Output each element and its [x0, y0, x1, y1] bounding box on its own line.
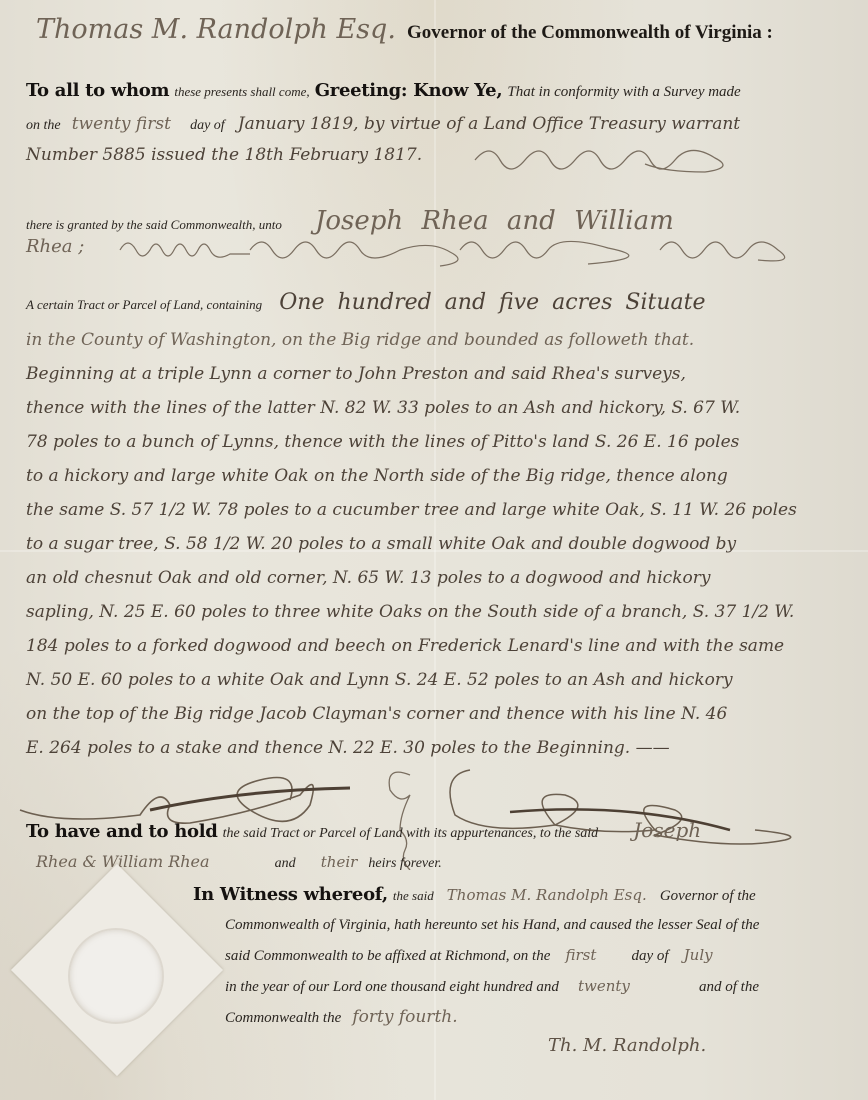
description-text: sapling, N. 25 E. 60 poles to three whit… — [26, 602, 794, 622]
label-the-said: the said — [393, 888, 434, 903]
label-and: and — [275, 856, 296, 871]
witness-month-handwritten: July — [684, 946, 713, 964]
description-line: 78 poles to a bunch of Lynns, thence wit… — [26, 432, 868, 452]
habendum-their-handwritten: their — [321, 853, 358, 871]
description-line: Beginning at a triple Lynn a corner to J… — [26, 364, 868, 384]
greeting-text: these presents shall come, — [174, 84, 309, 99]
survey-day-handwritten: twenty first — [72, 114, 171, 134]
habendum-grantee-handwritten: Joseph — [633, 818, 701, 842]
grantees-handwritten-cont: Rhea ; — [26, 236, 84, 257]
witness-line-1: In Witness whereof, the said Thomas M. R… — [193, 884, 868, 905]
habendum-line: To have and to hold the said Tract or Pa… — [26, 818, 868, 842]
survey-line: on the twenty first day of January 1819,… — [26, 114, 868, 134]
witness-line-5: Commonwealth the forty fourth. — [225, 1007, 868, 1027]
governor-name-handwritten: Thomas M. Randolph Esq. — [36, 14, 396, 45]
description-text: the same S. 57 1/2 W. 78 poles to a cucu… — [26, 500, 797, 520]
witness-line-4: in the year of our Lord one thousand eig… — [225, 976, 868, 996]
description-line: to a sugar tree, S. 58 1/2 W. 20 poles t… — [26, 534, 868, 554]
label-governor-of-the: Governor of the — [660, 888, 756, 904]
commonwealth-year-handwritten: forty fourth. — [352, 1007, 457, 1027]
lesser-seal — [68, 928, 164, 1024]
description-text: on the top of the Big ridge Jacob Clayma… — [26, 704, 727, 724]
governor-signature: Th. M. Randolph. — [548, 1035, 868, 1056]
land-grant-document: Thomas M. Randolph Esq. Governor of the … — [0, 0, 868, 1100]
conformity-text: That in conformity with a Survey made — [507, 84, 740, 100]
habendum-line-2: Rhea & William Rhea and their heirs fore… — [36, 852, 868, 872]
witness-text: Commonwealth the — [225, 1010, 341, 1026]
tract-acreage-handwritten: One hundred and five acres Situate — [279, 290, 705, 315]
label-on-the: on the — [26, 118, 61, 133]
greeting-line: To all to whom these presents shall come… — [26, 80, 868, 101]
description-line: an old chesnut Oak and old corner, N. 65… — [26, 568, 868, 588]
description-line: in the County of Washington, on the Big … — [26, 330, 868, 350]
witness-text: Commonwealth of Virginia, hath hereunto … — [225, 917, 759, 933]
witness-heading: In Witness whereof, — [193, 884, 388, 905]
habendum-grantees-handwritten: Rhea & William Rhea — [36, 852, 210, 871]
habendum-printed: the said Tract or Parcel of Land with it… — [223, 826, 599, 841]
witness-year-handwritten: twenty — [578, 977, 630, 995]
description-line: thence with the lines of the latter N. 8… — [26, 398, 868, 418]
witness-line-2: Commonwealth of Virginia, hath hereunto … — [225, 914, 868, 934]
description-text: to a hickory and large white Oak on the … — [26, 466, 728, 486]
description-line: to a hickory and large white Oak on the … — [26, 466, 868, 486]
description-text: 78 poles to a bunch of Lynns, thence wit… — [26, 432, 739, 452]
signature-text: Th. M. Randolph. — [548, 1035, 706, 1056]
description-line: N. 50 E. 60 poles to a white Oak and Lyn… — [26, 670, 868, 690]
greeting-know-ye: Greeting: Know Ye, — [315, 80, 503, 101]
description-line: 184 poles to a forked dogwood and beech … — [26, 636, 868, 656]
description-text: 184 poles to a forked dogwood and beech … — [26, 636, 784, 656]
greeting-heading: To all to whom — [26, 80, 169, 101]
governor-title-printed: Governor of the Commonwealth of Virginia… — [407, 22, 773, 43]
description-line: the same S. 57 1/2 W. 78 poles to a cucu… — [26, 500, 868, 520]
witness-line-3: said Commonwealth to be affixed at Richm… — [225, 945, 868, 965]
witness-text: in the year of our Lord one thousand eig… — [225, 979, 559, 995]
witness-text: and of the — [699, 979, 759, 995]
flourish-decoration — [470, 140, 850, 180]
witness-day-handwritten: first — [565, 946, 596, 964]
description-text: to a sugar tree, S. 58 1/2 W. 20 poles t… — [26, 534, 736, 554]
description-text: in the County of Washington, on the Big … — [26, 330, 694, 350]
description-line: on the top of the Big ridge Jacob Clayma… — [26, 704, 868, 724]
description-line: sapling, N. 25 E. 60 poles to three whit… — [26, 602, 868, 622]
description-text: N. 50 E. 60 poles to a white Oak and Lyn… — [26, 670, 733, 690]
description-text: Beginning at a triple Lynn a corner to J… — [26, 364, 686, 384]
description-line: E. 264 poles to a stake and thence N. 22… — [26, 738, 868, 758]
description-text: an old chesnut Oak and old corner, N. 65… — [26, 568, 710, 588]
label-day-of: day of — [631, 948, 668, 964]
description-text: E. 264 poles to a stake and thence N. 22… — [26, 738, 670, 758]
flourish-decoration — [100, 228, 850, 273]
witness-text: said Commonwealth to be affixed at Richm… — [225, 948, 550, 964]
tract-line: A certain Tract or Parcel of Land, conta… — [26, 290, 868, 315]
description-text: thence with the lines of the latter N. 8… — [26, 398, 740, 418]
tract-printed: A certain Tract or Parcel of Land, conta… — [26, 297, 262, 312]
heirs-forever-text: heirs forever. — [368, 856, 441, 871]
warrant-handwritten: Number 5885 issued the 18th February 181… — [26, 145, 422, 165]
survey-date-handwritten: January 1819, by virtue of a Land Office… — [238, 114, 740, 134]
label-day-of: day of — [190, 118, 225, 133]
witness-governor-handwritten: Thomas M. Randolph Esq. — [447, 886, 647, 904]
habendum-heading: To have and to hold — [26, 821, 218, 842]
title-line: Thomas M. Randolph Esq. Governor of the … — [36, 14, 868, 45]
